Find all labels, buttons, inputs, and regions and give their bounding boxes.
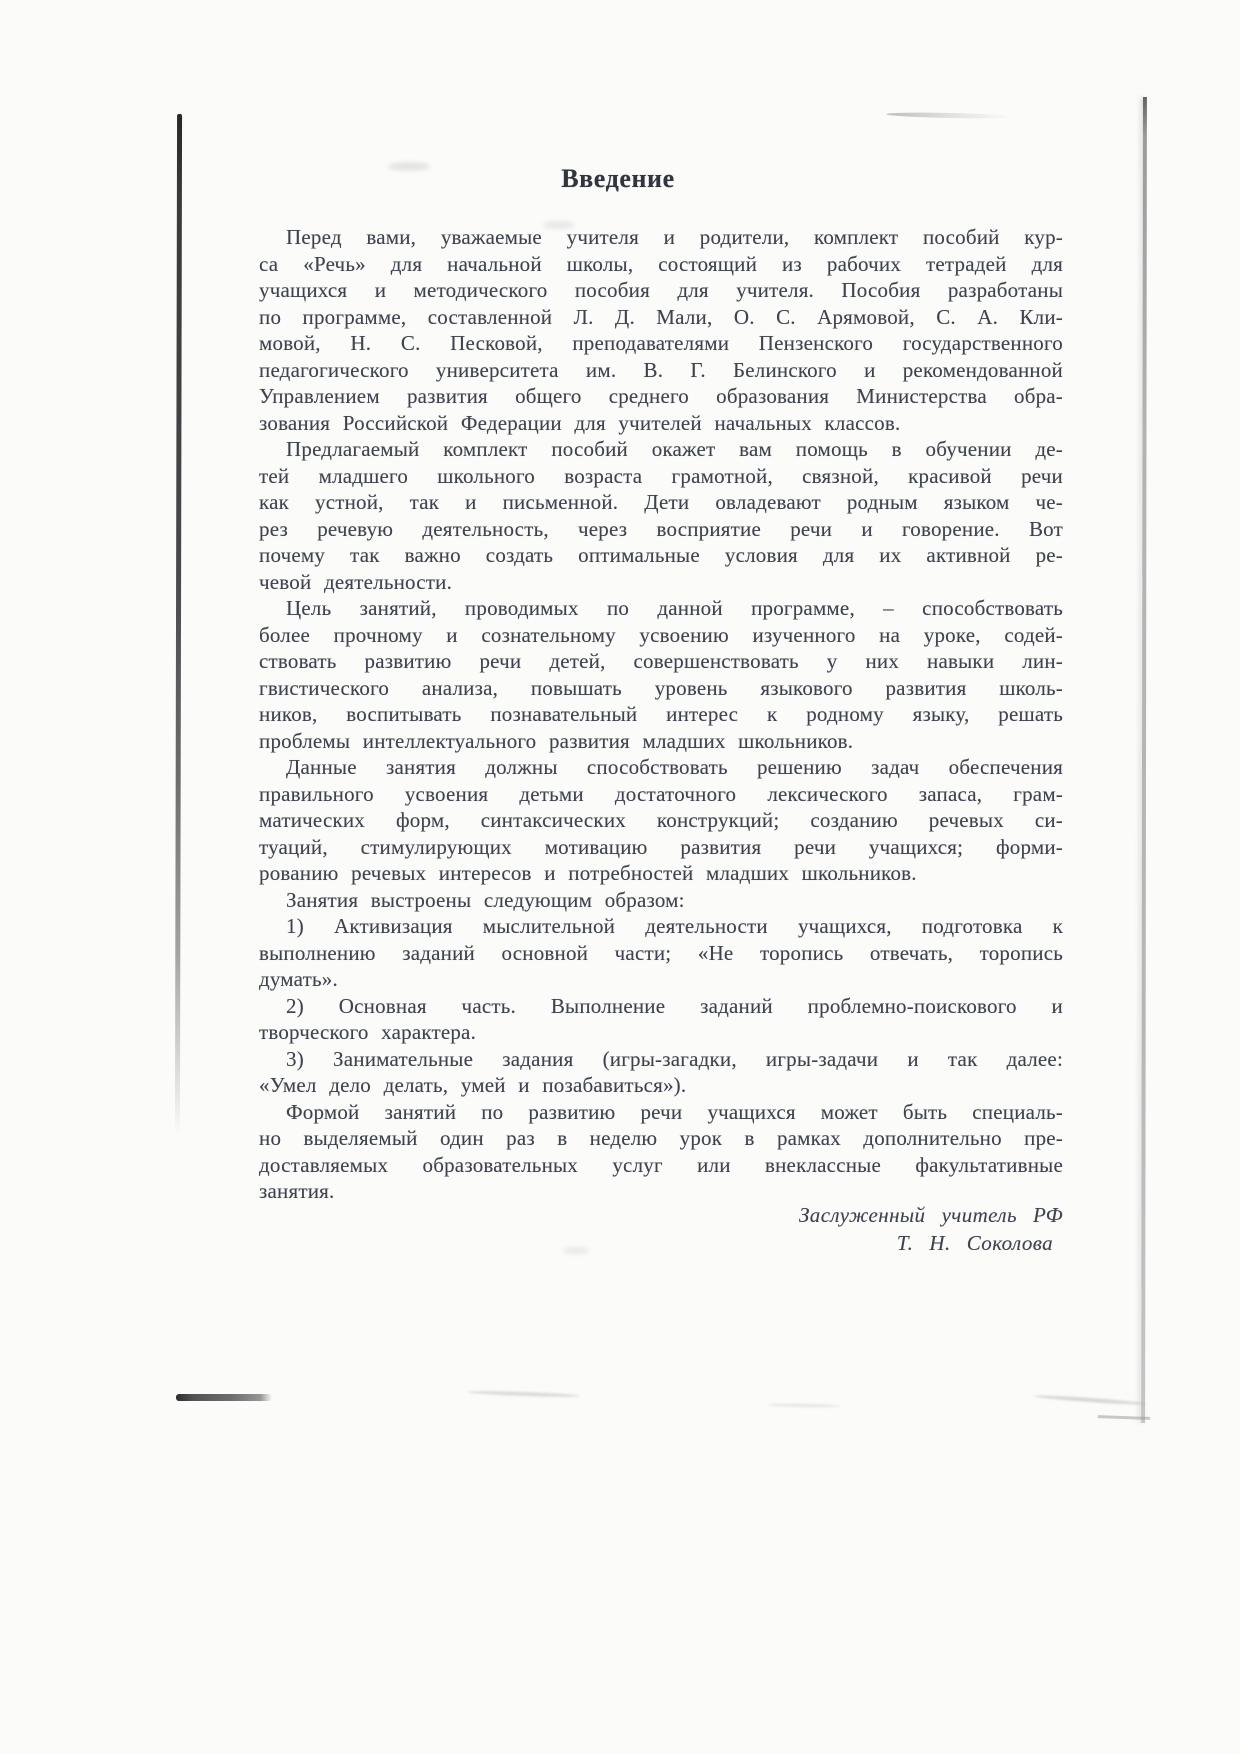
signature-block: Заслуженный учитель РФ Т. Н. Соколова	[259, 1201, 1063, 1257]
text-line: мовой, Н. С. Песковой, преподавателями П…	[259, 330, 1063, 357]
text-line: Цель занятий, проводимых по данной прогр…	[259, 595, 1063, 622]
text-line: гвистического анализа, повышать уровень …	[259, 675, 1063, 702]
body-text: Перед вами, уважаемые учителя и родители…	[259, 224, 1063, 1205]
page-edge-shadow	[1141, 97, 1147, 1423]
text-line: Перед вами, уважаемые учителя и родители…	[259, 224, 1063, 251]
text-line: думать».	[259, 966, 1063, 993]
text-line: са «Речь» для начальной школы, состоящий…	[259, 251, 1063, 278]
text-line: Предлагаемый комплект пособий окажет вам…	[259, 436, 1063, 463]
text-line: правильного усвоения детьми достаточного…	[259, 781, 1063, 808]
text-line: матических форм, синтаксических конструк…	[259, 807, 1063, 834]
text-line: Управлением развития общего среднего обр…	[259, 383, 1063, 410]
text-line: учащихся и методического пособия для учи…	[259, 277, 1063, 304]
text-line: ствовать развитию речи детей, совершенст…	[259, 648, 1063, 675]
signature-name: Т. Н. Соколова	[259, 1229, 1063, 1257]
text-line: более прочному и сознательному усвоению …	[259, 622, 1063, 649]
scan-smudge-bottom-a	[468, 1390, 580, 1398]
text-line: чевой деятельности.	[259, 569, 1063, 596]
text-line: творческого характера.	[259, 1019, 1063, 1046]
text-line: 1) Активизация мыслительной деятельности…	[259, 913, 1063, 940]
text-line: 2) Основная часть. Выполнение заданий пр…	[259, 993, 1063, 1020]
text-line: но выделяемый один раз в неделю урок в р…	[259, 1125, 1063, 1152]
scanned-page: Введение Перед вами, уважаемые учителя и…	[0, 0, 1240, 1754]
text-line: Формой занятий по развитию речи учащихся…	[259, 1099, 1063, 1126]
text-line: рованию речевых интересов и потребностей…	[259, 860, 1063, 887]
text-line: рез речевую деятельность, через восприят…	[259, 516, 1063, 543]
text-line: как устной, так и письменной. Дети овлад…	[259, 489, 1063, 516]
scan-streak-top-right	[886, 112, 1014, 120]
scan-smudge-bottom-c	[1034, 1394, 1146, 1406]
text-line: ников, воспитывать познавательный интере…	[259, 701, 1063, 728]
text-line: выполнению заданий основной части; «Не т…	[259, 940, 1063, 967]
page-bottom-edge	[1098, 1415, 1150, 1420]
text-line: по программе, составленной Л. Д. Мали, О…	[259, 304, 1063, 331]
text-line: Данные занятия должны способствовать реш…	[259, 754, 1063, 781]
page-title: Введение	[216, 160, 1020, 198]
text-line: «Умел дело делать, умей и позабавиться»)…	[259, 1072, 1063, 1099]
signature-role: Заслуженный учитель РФ	[259, 1201, 1063, 1229]
text-line: туаций, стимулирующих мотивацию развития…	[259, 834, 1063, 861]
text-line: Занятия выстроены следующим образом:	[259, 887, 1063, 914]
text-line: почему так важно создать оптимальные усл…	[259, 542, 1063, 569]
text-line: 3) Занимательные задания (игры-загадки, …	[259, 1046, 1063, 1073]
text-line: доставляемых образовательных услуг или в…	[259, 1152, 1063, 1179]
scan-mark-bottom-left	[176, 1394, 272, 1401]
text-line: тей младшего школьного возраста грамотно…	[259, 463, 1063, 490]
text-line: педагогического университета им. В. Г. Б…	[259, 357, 1063, 384]
book-spine-shadow	[175, 114, 182, 1136]
text-line: проблемы интеллектуального развития млад…	[259, 728, 1063, 755]
scan-smudge-bottom-b	[768, 1403, 840, 1407]
text-line: зования Российской Федерации для учителе…	[259, 410, 1063, 437]
